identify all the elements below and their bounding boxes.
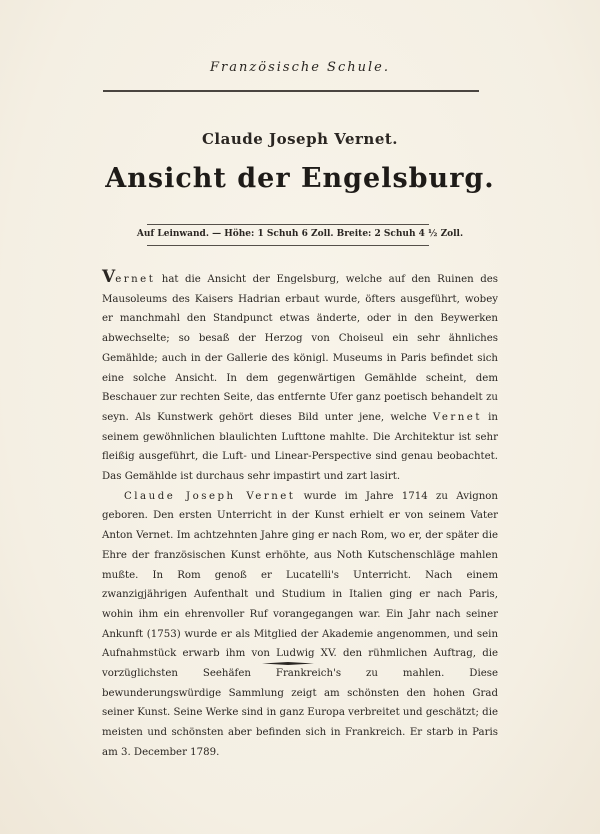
- tapered-rule-ornament: [262, 662, 314, 665]
- artist-name-inline: Vernet: [433, 412, 482, 423]
- artwork-dimensions: Auf Leinwand. — Höhe: 1 Schuh 6 Zoll. Br…: [100, 229, 500, 239]
- paragraph-text: hat die Ansicht der Engelsburg, welche a…: [102, 274, 498, 423]
- running-head: Französische Schule.: [100, 60, 500, 75]
- lead-word: ernet: [115, 274, 155, 285]
- header-rule: [103, 90, 479, 92]
- body-text: Vernet hat die Ansicht der Engelsburg, w…: [102, 270, 498, 763]
- paragraph-text: wurde im Jahre 1714 zu Avignon geboren. …: [102, 491, 498, 758]
- dimensions-rule-top: [147, 224, 429, 225]
- artist-name: Claude Joseph Vernet.: [100, 130, 500, 148]
- artwork-title: Ansicht der Engelsburg.: [100, 163, 500, 194]
- lead-name: Claude Joseph Vernet: [124, 491, 295, 502]
- paragraph-biography: Claude Joseph Vernet wurde im Jahre 1714…: [102, 487, 498, 763]
- document-page: Französische Schule. Claude Joseph Verne…: [0, 0, 600, 834]
- dimensions-rule-bottom: [147, 245, 429, 246]
- paragraph-description: Vernet hat die Ansicht der Engelsburg, w…: [102, 270, 498, 487]
- drop-cap: V: [102, 267, 115, 287]
